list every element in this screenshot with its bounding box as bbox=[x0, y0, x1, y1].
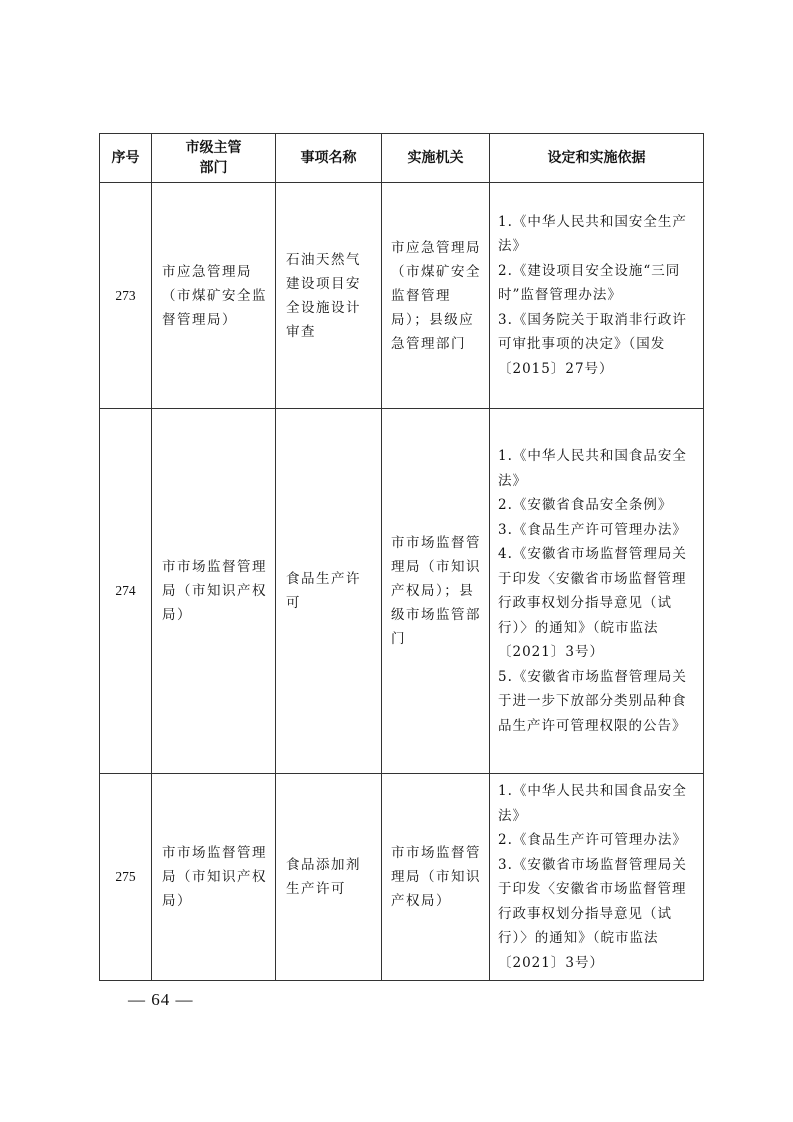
header-dept: 市级主管 部门 bbox=[152, 134, 276, 183]
header-basis: 设定和实施依据 bbox=[490, 134, 704, 183]
cell-seq: 275 bbox=[100, 774, 152, 981]
basis-line: 3.《国务院关于取消非行政许可审批事项的决定》（国发〔2015〕27号） bbox=[498, 308, 699, 382]
page-number: — 64 — bbox=[128, 990, 194, 1010]
header-seq: 序号 bbox=[100, 134, 152, 183]
cell-seq: 274 bbox=[100, 409, 152, 774]
basis-line: 2.《建设项目安全设施“三同时”监督管理办法》 bbox=[498, 259, 699, 308]
administrative-items-table: 序号 市级主管 部门 事项名称 实施机关 设定和实施依据 273 市应急管理局（… bbox=[99, 133, 704, 981]
table-row: 274 市市场监督管理局（市知识产权局） 食品生产许可 市市场监督管理局（市知识… bbox=[100, 409, 704, 774]
header-item: 事项名称 bbox=[276, 134, 382, 183]
table-row: 275 市市场监督管理局（市知识产权局） 食品添加剂生产许可 市市场监督管理局（… bbox=[100, 774, 704, 981]
table-row: 273 市应急管理局（市煤矿安全监督管理局） 石油天然气建设项目安全设施设计审查… bbox=[100, 183, 704, 409]
basis-line: 3.《安徽省市场监督管理局关于印发〈安徽省市场监督管理行政事权划分指导意见（试行… bbox=[498, 853, 699, 976]
cell-basis: 1.《中华人民共和国安全生产法》 2.《建设项目安全设施“三同时”监督管理办法》… bbox=[490, 183, 704, 409]
cell-dept: 市市场监督管理局（市知识产权局） bbox=[152, 409, 276, 774]
cell-dept: 市应急管理局（市煤矿安全监督管理局） bbox=[152, 183, 276, 409]
cell-basis: 1.《中华人民共和国食品安全法》 2.《安徽省食品安全条例》 3.《食品生产许可… bbox=[490, 409, 704, 774]
basis-line: 2.《食品生产许可管理办法》 bbox=[498, 828, 699, 853]
cell-item: 食品生产许可 bbox=[276, 409, 382, 774]
basis-line: 1.《中华人民共和国安全生产法》 bbox=[498, 210, 699, 259]
cell-seq: 273 bbox=[100, 183, 152, 409]
basis-line: 2.《安徽省食品安全条例》 bbox=[498, 493, 699, 518]
header-agency: 实施机关 bbox=[382, 134, 490, 183]
table-header-row: 序号 市级主管 部门 事项名称 实施机关 设定和实施依据 bbox=[100, 134, 704, 183]
basis-line: 3.《食品生产许可管理办法》 bbox=[498, 518, 699, 543]
cell-agency: 市市场监督管理局（市知识产权局） bbox=[382, 774, 490, 981]
cell-dept: 市市场监督管理局（市知识产权局） bbox=[152, 774, 276, 981]
basis-line: 1.《中华人民共和国食品安全法》 bbox=[498, 444, 699, 493]
cell-basis: 1.《中华人民共和国食品安全法》 2.《食品生产许可管理办法》 3.《安徽省市场… bbox=[490, 774, 704, 981]
cell-agency: 市市场监督管理局（市知识产权局）；县级市场监管部门 bbox=[382, 409, 490, 774]
basis-line: 4.《安徽省市场监督管理局关于印发〈安徽省市场监督管理行政事权划分指导意见（试行… bbox=[498, 542, 699, 665]
cell-item: 石油天然气建设项目安全设施设计审查 bbox=[276, 183, 382, 409]
cell-agency: 市应急管理局（市煤矿安全监督管理局）；县级应急管理部门 bbox=[382, 183, 490, 409]
cell-item: 食品添加剂生产许可 bbox=[276, 774, 382, 981]
basis-line: 1.《中华人民共和国食品安全法》 bbox=[498, 779, 699, 828]
basis-line: 5.《安徽省市场监督管理局关于进一步下放部分类别品种食品生产许可管理权限的公告》 bbox=[498, 665, 699, 739]
header-dept-line1: 市级主管 bbox=[152, 138, 275, 158]
header-dept-line2: 部门 bbox=[152, 158, 275, 178]
